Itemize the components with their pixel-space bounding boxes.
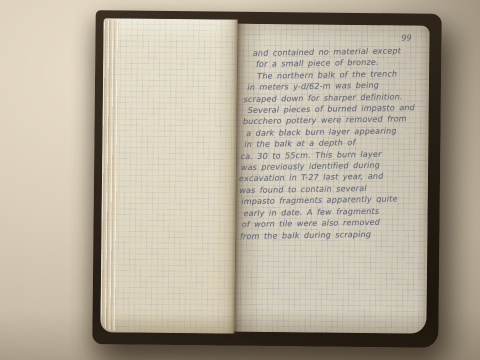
left-page-blank-graph-paper [100,18,237,333]
page-number: 99 [401,33,411,42]
right-page: 99 and contained no material except for … [234,24,429,334]
handwriting-line: from the balk during scraping [240,228,418,243]
photo-scene: 99 and contained no material except for … [0,0,480,360]
open-notebook: 99 and contained no material except for … [92,10,441,348]
handwritten-note: and contained no material except for a s… [237,45,418,242]
